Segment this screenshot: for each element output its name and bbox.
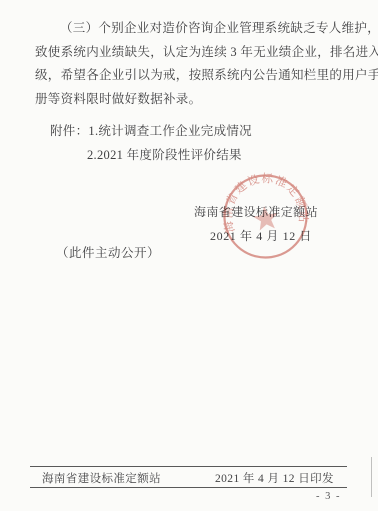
attachment-item-2: 2.2021 年度阶段性评价结果 <box>87 144 252 168</box>
page-number: - 3 - <box>316 491 341 502</box>
footer-print-date: 2021 年 4 月 12 日印发 <box>215 470 334 486</box>
attachment-item-1: 附件：1.统计调查工作企业完成情况 <box>50 120 252 144</box>
seal-graphic: 海南省建设标准定额站 <box>213 164 318 269</box>
body-line: 册等资料限时做好数据补录。 <box>35 88 351 112</box>
footer-bottom-rule <box>30 487 347 488</box>
disclosure-note: （此件主动公开） <box>56 243 160 261</box>
attachments-block: 附件：1.统计调查工作企业完成情况 2.2021 年度阶段性评价结果 <box>50 120 252 167</box>
body-line: 致使系统内业绩缺失，认定为连续 3 年无业绩企业，排名进入 D <box>35 41 351 65</box>
body-paragraph: （三）个别企业对造价咨询企业管理系统缺乏专人维护， 致使系统内业绩缺失，认定为连… <box>35 17 351 111</box>
seal-star-icon <box>252 204 280 231</box>
footer-top-rule <box>30 466 347 467</box>
official-seal: 海南省建设标准定额站 <box>213 164 318 269</box>
footer-issuer: 海南省建设标准定额站 <box>42 470 161 486</box>
scanned-document-page: （三）个别企业对造价咨询企业管理系统缺乏专人维护， 致使系统内业绩缺失，认定为连… <box>0 0 378 511</box>
scan-edge-line <box>371 457 372 497</box>
body-line: （三）个别企业对造价咨询企业管理系统缺乏专人维护， <box>35 17 351 41</box>
body-line: 级，希望各企业引以为戒，按照系统内公告通知栏里的用户手 <box>35 64 351 88</box>
